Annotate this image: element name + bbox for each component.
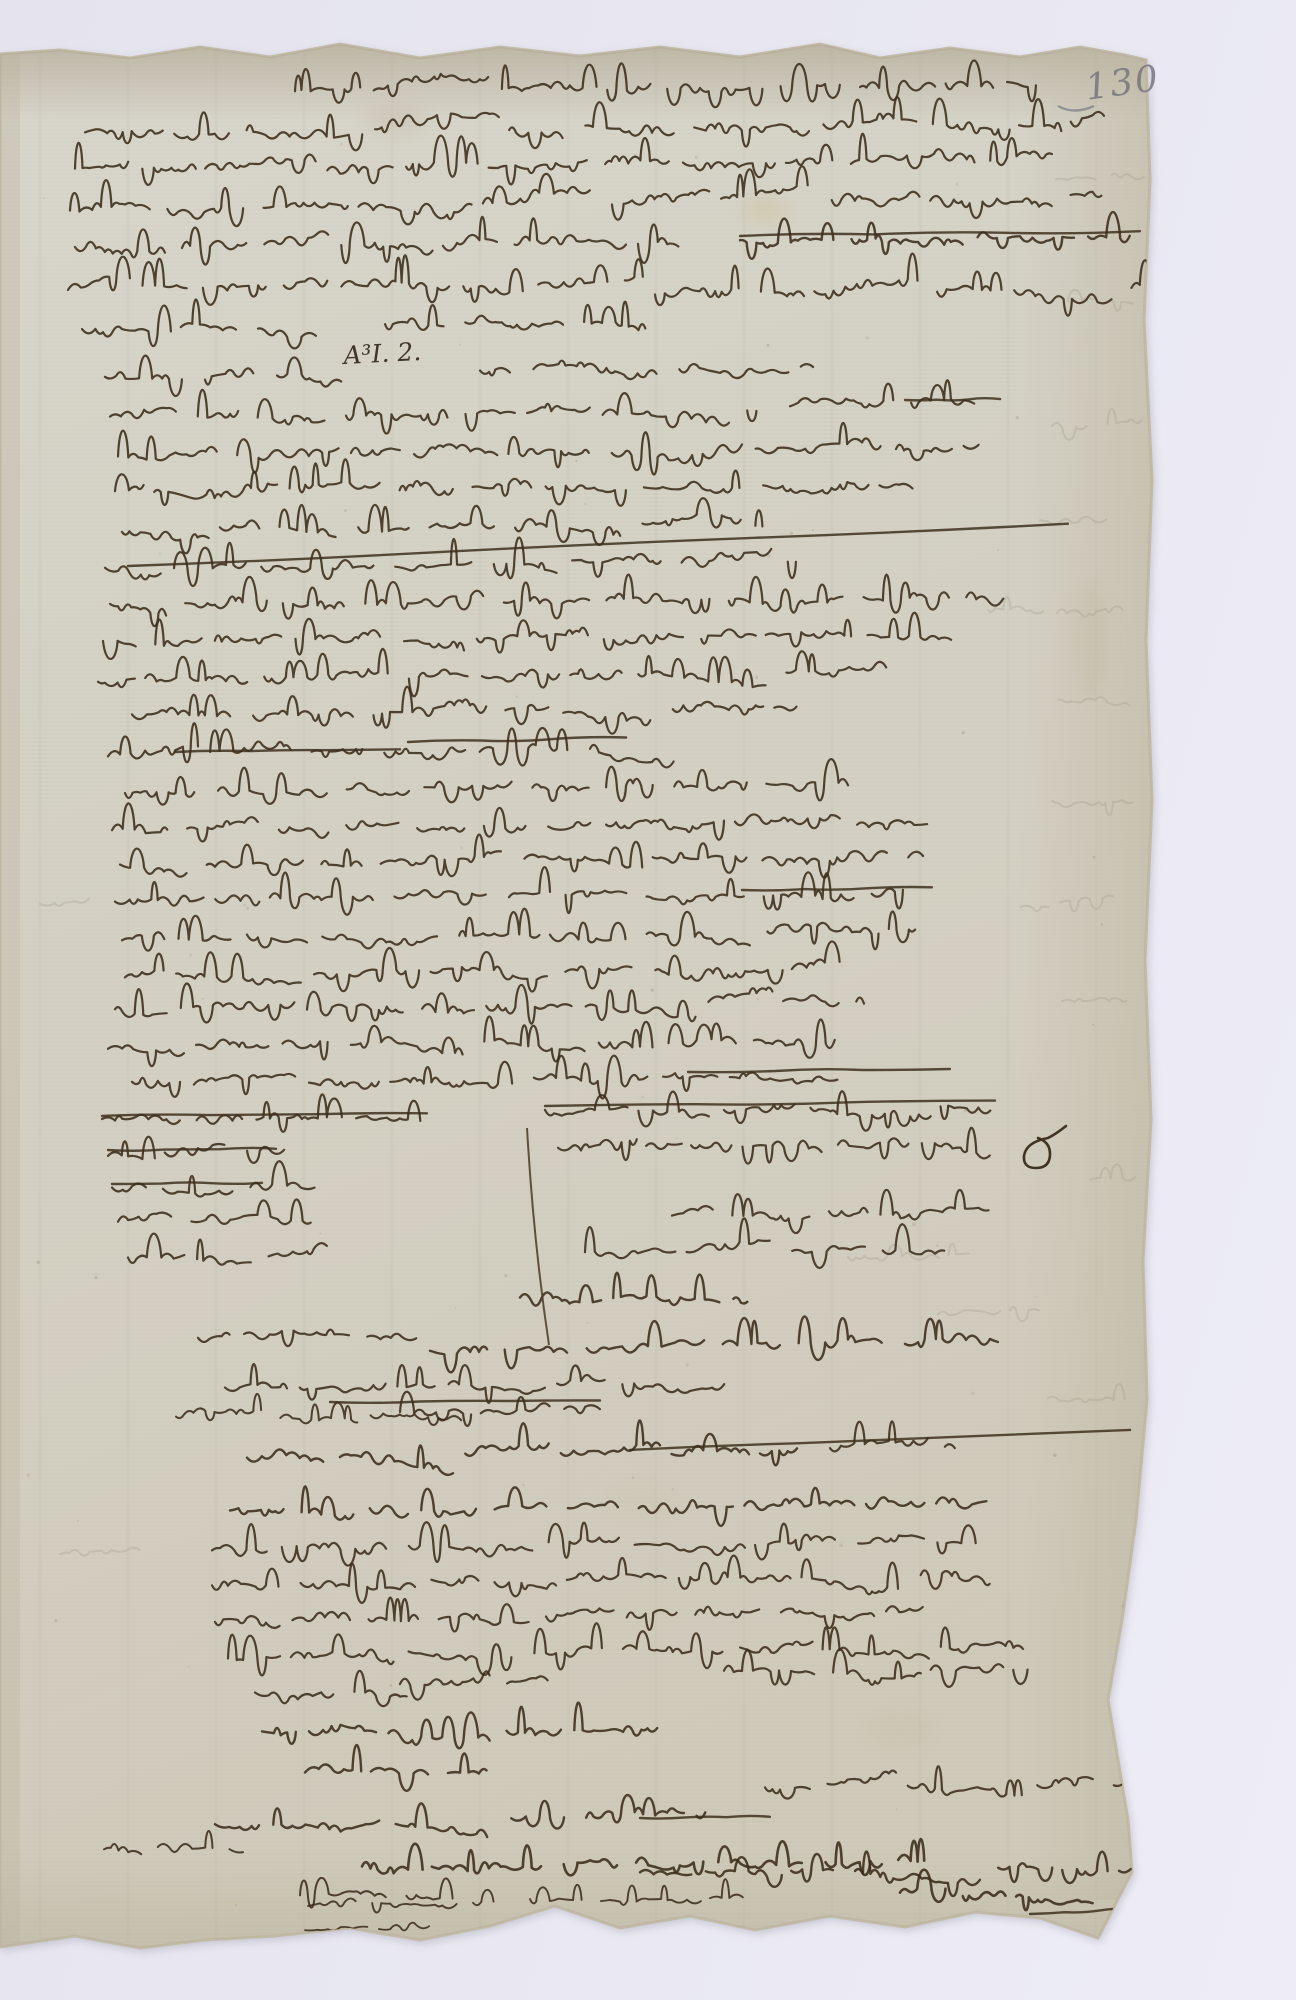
paper-speck (755, 676, 758, 679)
paper-speck (522, 1483, 525, 1486)
paper-speck (586, 1322, 588, 1324)
paper-speck (43, 198, 45, 200)
paper-speck (340, 143, 343, 146)
paper-speck (1101, 923, 1103, 925)
paper-speck (27, 1473, 30, 1476)
citation-text: A³I. 2. (341, 337, 422, 370)
paper-speck (159, 553, 161, 555)
paper-speck (16, 1580, 17, 1581)
paper-speck (390, 1410, 392, 1412)
paper-speck (1092, 1024, 1094, 1026)
paper-speck (459, 344, 461, 346)
paper-speck (77, 1520, 79, 1522)
paper-speck (460, 847, 463, 850)
paper-speck (767, 344, 770, 347)
paper-speck (504, 1274, 507, 1277)
paper-speck (641, 1095, 644, 1098)
manuscript-scan: 130 A³I. 2. (0, 0, 1296, 2000)
paper-speck (1016, 416, 1019, 419)
paper-speck (685, 1363, 688, 1366)
paper-speck (997, 549, 999, 551)
paper-stain (865, 1710, 935, 1750)
paper-speck (1093, 856, 1096, 859)
paper-speck (767, 554, 770, 557)
paper-speck (896, 1808, 898, 1810)
paper-speck (936, 1244, 939, 1247)
paper-speck (1053, 1453, 1057, 1457)
paper-speck (235, 1904, 237, 1906)
paper-speck (671, 1488, 674, 1491)
paper-speck (963, 1109, 966, 1112)
paper-speck (319, 1232, 321, 1234)
paper-stain (743, 196, 787, 224)
paper-speck (691, 469, 693, 471)
paper-speck (1035, 1296, 1037, 1298)
paper-stain (600, 1478, 680, 1522)
paper-stain (1072, 580, 1108, 700)
paper-speck (243, 903, 246, 906)
paper-speck (344, 509, 347, 512)
paper-speck (584, 503, 586, 505)
paper-speck (54, 1619, 57, 1622)
paper-speck (790, 532, 793, 535)
paper-speck (246, 907, 249, 910)
paper-speck (695, 156, 698, 159)
paper-speck (912, 1223, 916, 1227)
paper-speck (389, 1684, 392, 1687)
paper-speck (839, 1544, 843, 1548)
manuscript-page-svg: 130 A³I. 2. (0, 0, 1296, 2000)
paper-speck (36, 1260, 40, 1264)
paper-speck (575, 460, 577, 462)
paper-speck (962, 731, 965, 734)
paper-speck (515, 695, 518, 698)
paper-speck (632, 1477, 634, 1479)
paper-speck (812, 529, 814, 531)
paper-speck (453, 885, 455, 887)
paper-speck (202, 998, 204, 1000)
paper-speck (188, 1666, 190, 1668)
paper-speck (757, 999, 759, 1001)
paper-speck (454, 1307, 456, 1309)
paper-speck (971, 1392, 975, 1396)
paper-speck (955, 183, 958, 186)
paper-speck (94, 1276, 97, 1279)
paper-speck (650, 988, 653, 991)
paper-speck (189, 953, 192, 956)
paper-speck (866, 336, 869, 339)
paper-speck (378, 1042, 380, 1044)
